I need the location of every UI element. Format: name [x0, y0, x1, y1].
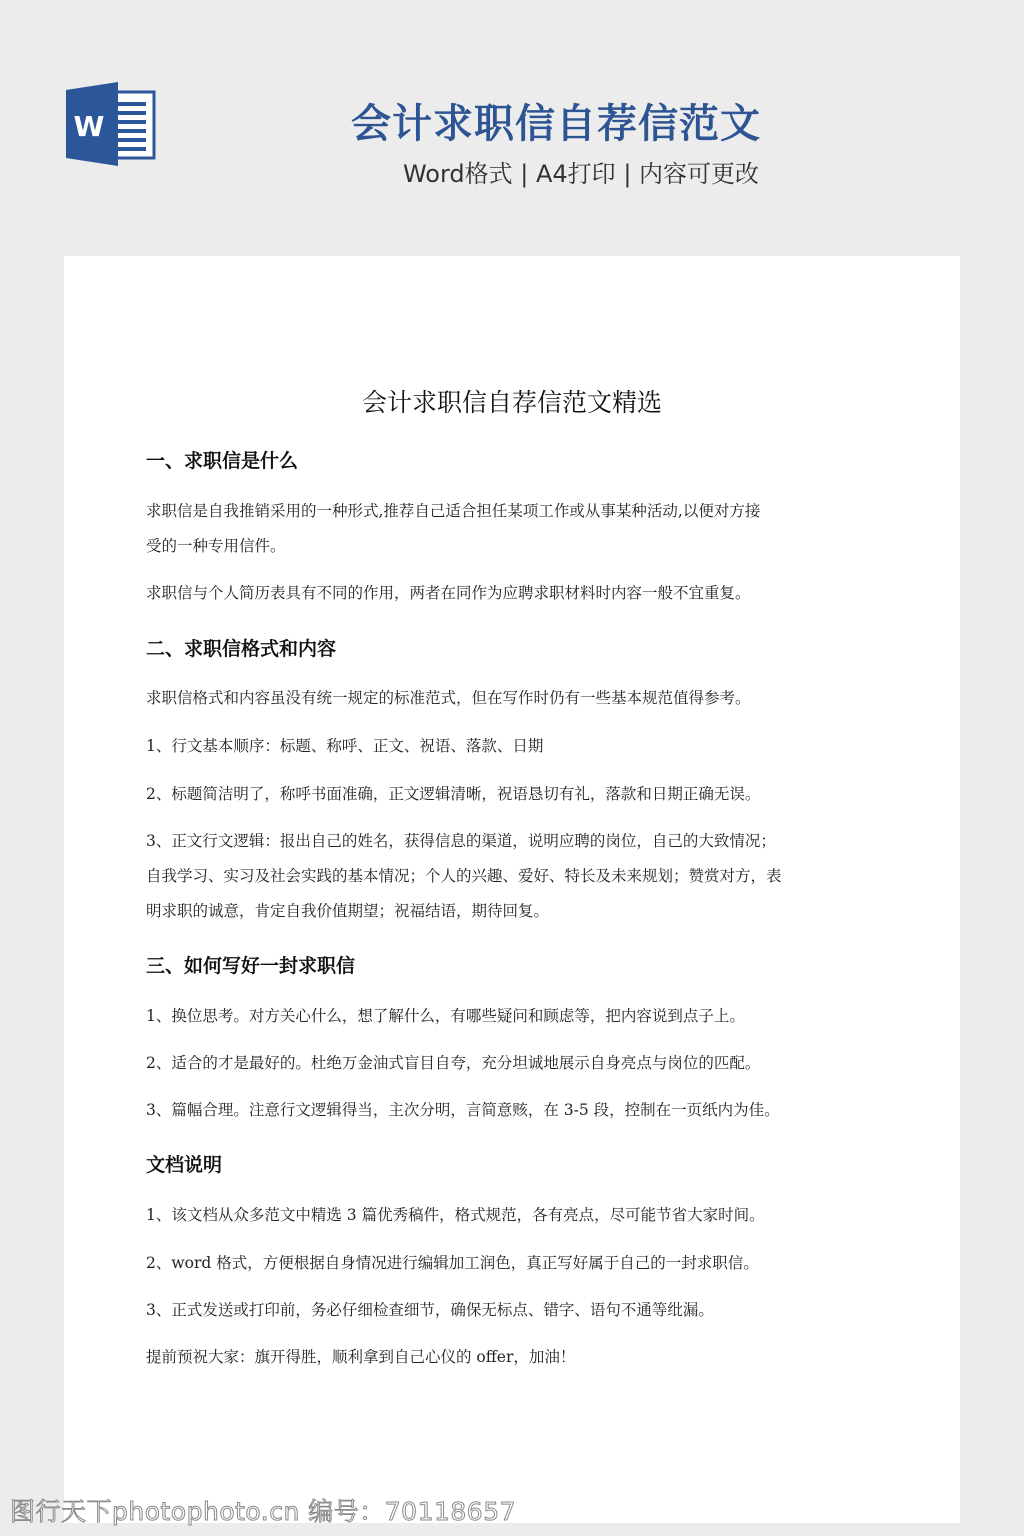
svg-text:W: W — [74, 110, 105, 143]
paragraph: 求职信是自我推销采用的一种形式,推荐自己适合担任某项工作或从事某种活动,以便对方… — [146, 494, 886, 529]
paragraph: 1、行文基本顺序：标题、称呼、正文、祝语、落款、日期 — [146, 729, 886, 764]
paragraph: 明求职的诚意，肯定自我价值期望；祝福结语，期待回复。 — [146, 894, 886, 929]
header: W 会计求职信自荐信范文 Word格式 | A4打印 | 内容可更改 — [0, 0, 1024, 256]
paragraph: 求职信格式和内容虽没有统一规定的标准范式，但在写作时仍有一些基本规范值得参考。 — [146, 681, 886, 716]
section-heading: 一、求职信是什么 — [146, 446, 298, 473]
paragraph: 2、适合的才是最好的。杜绝万金油式盲目自夸，充分坦诚地展示自身亮点与岗位的匹配。 — [146, 1046, 886, 1081]
paragraph: 2、标题简洁明了，称呼书面准确，正文逻辑清晰，祝语恳切有礼，落款和日期正确无误。 — [146, 777, 886, 812]
paragraph: 提前预祝大家：旗开得胜，顺利拿到自己心仪的 offer，加油！ — [146, 1340, 886, 1375]
paragraph: 自我学习、实习及社会实践的基本情况；个人的兴趣、爱好、特长及未来规划；赞赏对方，… — [146, 859, 886, 894]
watermark: 图行天下photophoto.cn 编号：70118657 — [10, 1492, 516, 1528]
document-title: 会计求职信自荐信范文精选 — [64, 383, 960, 419]
section-heading: 文档说明 — [146, 1150, 222, 1177]
header-title: 会计求职信自荐信范文 — [300, 92, 812, 149]
paragraph: 2、word 格式，方便根据自身情况进行编辑加工润色，真正写好属于自己的一封求职… — [146, 1246, 886, 1281]
word-icon: W — [66, 82, 156, 166]
paragraph: 求职信与个人简历表具有不同的作用，两者在同作为应聘求职材料时内容一般不宜重复。 — [146, 576, 886, 611]
paragraph: 3、篇幅合理。注意行文逻辑得当，主次分明，言简意赅，在 3-5 段，控制在一页纸… — [146, 1093, 886, 1128]
paragraph: 1、换位思考。对方关心什么，想了解什么，有哪些疑问和顾虑等，把内容说到点子上。 — [146, 999, 886, 1034]
section-heading: 三、如何写好一封求职信 — [146, 951, 355, 978]
paragraph: 受的一种专用信件。 — [146, 529, 886, 564]
paragraph: 1、该文档从众多范文中精选 3 篇优秀稿件，格式规范，各有亮点，尽可能节省大家时… — [146, 1198, 886, 1233]
paragraph: 3、正式发送或打印前，务必仔细检查细节，确保无标点、错字、语句不通等纰漏。 — [146, 1293, 886, 1328]
document-page: 会计求职信自荐信范文精选 一、求职信是什么 求职信是自我推销采用的一种形式,推荐… — [64, 256, 960, 1523]
header-subtitle: Word格式 | A4打印 | 内容可更改 — [300, 154, 862, 189]
section-heading: 二、求职信格式和内容 — [146, 634, 336, 661]
paragraph: 3、正文行文逻辑：报出自己的姓名，获得信息的渠道，说明应聘的岗位，自己的大致情况… — [146, 824, 886, 859]
